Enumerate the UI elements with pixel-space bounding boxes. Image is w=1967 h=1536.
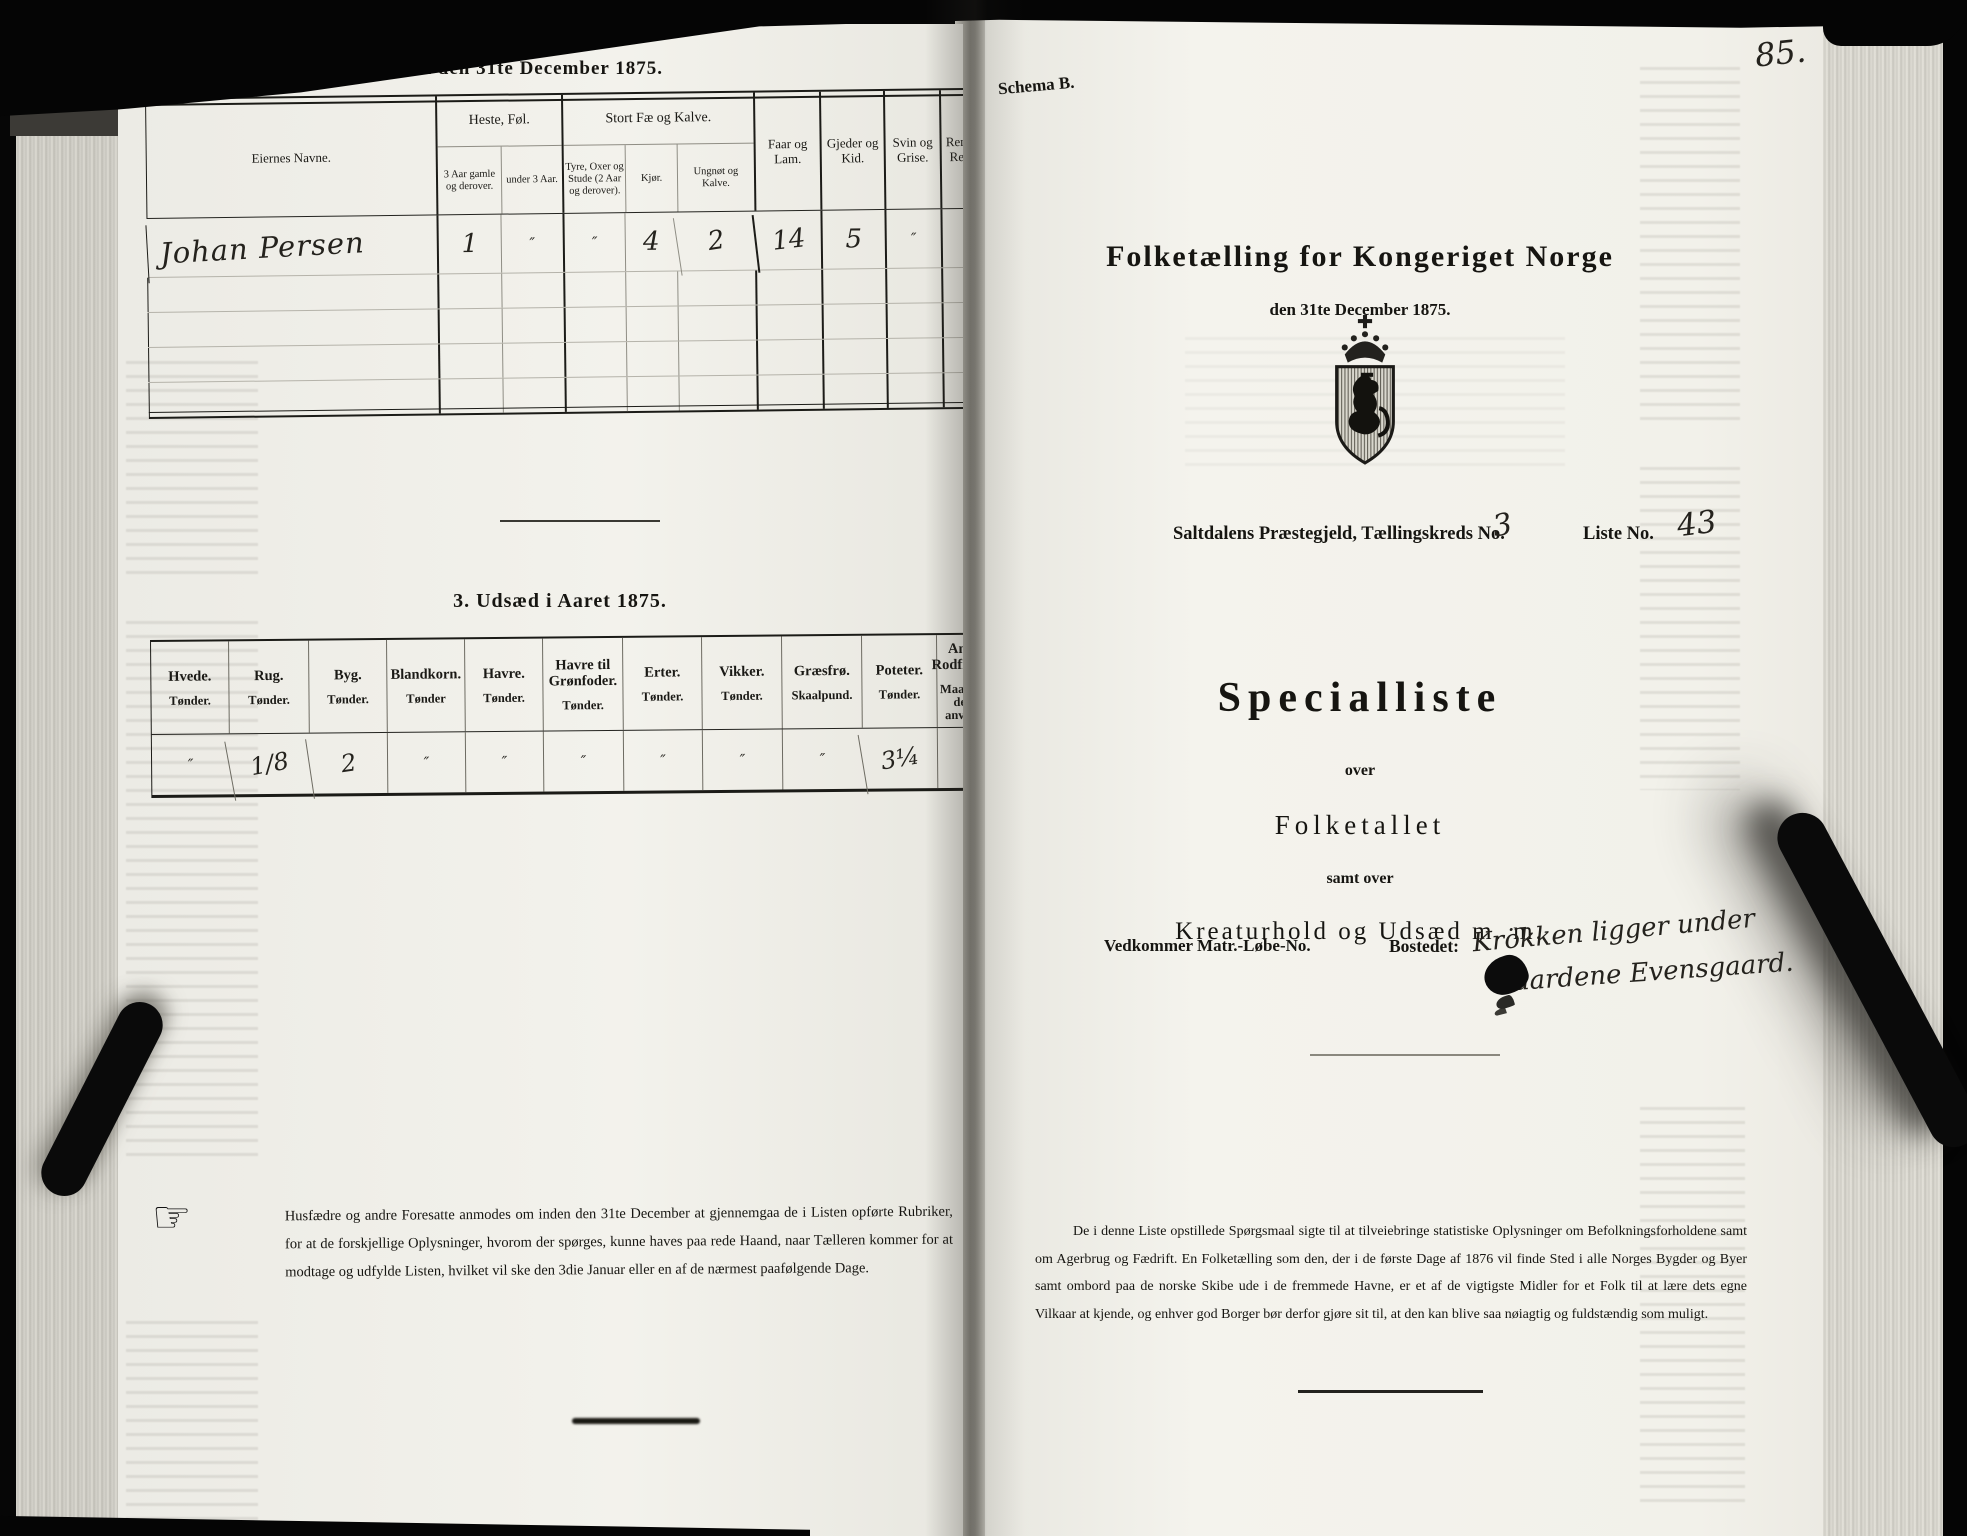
praestegjeld-label: Saltdalens Præstegjeld, Tællingskreds No…: [1173, 524, 1505, 545]
col-rug: Rug.Tønder.: [228, 641, 309, 734]
bleed-through-text: [126, 1314, 258, 1529]
udsaed-header: Hvede.Tønder. Rug.Tønder. Byg.Tønder. Bl…: [150, 635, 963, 735]
cell-value: 4: [624, 213, 677, 272]
udsaed-table: Hvede.Tønder. Rug.Tønder. Byg.Tønder. Bl…: [150, 633, 963, 798]
page-edge-stack-right: [1823, 0, 1945, 1536]
col-ungnoet: Ungnøt og Kalve.: [676, 144, 754, 212]
cell-value: 1: [436, 215, 501, 274]
cell-value: ″: [623, 730, 703, 791]
footnote-text: Husfædre og andre Foresatte anmodes om i…: [285, 1198, 954, 1287]
cell-value: 5: [940, 208, 963, 267]
cell-value: 14: [752, 208, 824, 273]
bottom-rule: [1298, 1390, 1483, 1393]
cell-value: ″: [702, 729, 783, 790]
census-book-photo: 2. Kreaturhold den 31te December 1875. E…: [0, 0, 1967, 1536]
cell-value: ″: [782, 729, 863, 790]
cell-value: 2: [305, 728, 391, 799]
col-vikker: Vikker.Tønder.: [701, 636, 782, 729]
body-paragraph: De i denne Liste opstillede Spørgsmaal s…: [1035, 1218, 1747, 1328]
col-erter: Erter.Tønder.: [622, 637, 702, 730]
background-right: [1943, 0, 1967, 1536]
col-byg: Byg.Tønder.: [308, 640, 387, 733]
bosted-label: Bostedet:: [1389, 936, 1459, 957]
liste-number: 43: [1675, 504, 1719, 545]
census-title: Folketælling for Kongeriget Norge: [1045, 240, 1675, 274]
cell-value: 3¼: [858, 723, 942, 795]
district-line: Saltdalens Præstegjeld, Tællingskreds No…: [985, 516, 1823, 576]
udsaed-title: 3. Udsæd i Aaret 1875.: [380, 590, 740, 613]
col-havre-groenfoder: Havre til Grønfoder.Tønder.: [542, 638, 623, 731]
col-eiernes-navne: Eiernes Navne.: [145, 96, 436, 218]
page-edge-stack-left: [16, 60, 120, 1536]
cell-value: ″: [562, 213, 625, 272]
cell-value: 1/8: [224, 727, 314, 801]
col-kjoer: Kjør.: [625, 145, 677, 213]
cell-value: ″: [151, 734, 230, 795]
ink-smudge: [572, 1418, 700, 1424]
cell-value: 5: [820, 210, 885, 269]
col-gjeder-kid: Gjeder og Kid.: [819, 91, 884, 210]
owner-name-handwritten: Johan Persen: [145, 209, 438, 283]
col-svin-grise: Svin og Grise.: [883, 90, 940, 209]
section-divider: [500, 520, 660, 522]
background-top-right: [1823, 0, 1967, 46]
pointing-hand-icon: ☞: [152, 1192, 191, 1243]
col-graesfroe: Græsfrø.Skaalpund.: [781, 636, 862, 729]
specialliste-title: Specialliste: [1045, 674, 1675, 722]
col-faar-lam: Faar og Lam.: [753, 92, 820, 211]
bosted-handwritten-line1: Krökken ligger under: [1471, 904, 1756, 959]
folketallet-label: Folketallet: [1045, 810, 1675, 841]
col-heste-3aar: 3 Aar gamle og derover.: [438, 147, 502, 215]
cell-value: ″: [465, 732, 544, 793]
table-row: Johan Persen 1 ″ ″ 4 2 14 5 ″ 5: [146, 209, 963, 278]
col-tyre-oxer: Tyre, Oxer og Stude (2 Aar og derover).: [564, 145, 626, 213]
cell-value: ″: [500, 214, 563, 273]
col-blandkorn: Blandkorn.Tønder: [386, 639, 465, 732]
kreaturhold-table: Eiernes Navne. Heste, Føl. 3 Aar gamle o…: [145, 88, 963, 419]
kreaturhold-header: Eiernes Navne. Heste, Føl. 3 Aar gamle o…: [145, 90, 963, 219]
col-heste-under3: under 3 Aar.: [501, 146, 563, 214]
coat-of-arms: [1323, 314, 1407, 466]
col-hvede: Hvede.Tønder.: [150, 641, 229, 734]
page-number: 85.: [1753, 31, 1808, 74]
right-page: Schema B. 85. Folketælling for Kongerige…: [985, 10, 1823, 1536]
col-poteter: Poteter.Tønder.: [861, 635, 937, 728]
col-group-stort-fae: Stort Fæ og Kalve. Tyre, Oxer og Stude (…: [561, 93, 754, 213]
cell-value: ″: [387, 732, 466, 793]
col-andre-rodfrugter: Andre Rodfrugter.Maal Jord dertil anvend…: [936, 635, 963, 728]
samt-over-label: samt over: [1045, 870, 1675, 888]
rule-line: [1310, 1054, 1500, 1056]
schema-label: Schema B.: [997, 73, 1075, 100]
liste-label: Liste No.: [1583, 524, 1654, 545]
over-label: over: [1045, 762, 1675, 780]
udsaed-values-row: ″ 1/8 2 ″ ″ ″ ″ ″ ″ 3¼ ″: [151, 728, 963, 795]
left-page: 2. Kreaturhold den 31te December 1875. E…: [118, 24, 963, 1536]
cell-value: ″: [543, 731, 624, 792]
col-havre: Havre.Tønder.: [464, 639, 543, 732]
bosted-handwritten-line2: Gaardene Evensgaard.: [1492, 948, 1794, 999]
col-rensdyr: Rensdyr og Renkalve.: [939, 89, 963, 208]
vedkommer-label: Vedkommer Matr.-Løbe-No.: [1104, 936, 1311, 956]
cell-value: 2: [673, 206, 759, 275]
cell-value: ″: [884, 209, 941, 268]
col-group-heste: Heste, Føl. 3 Aar gamle og derover. unde…: [435, 95, 562, 215]
